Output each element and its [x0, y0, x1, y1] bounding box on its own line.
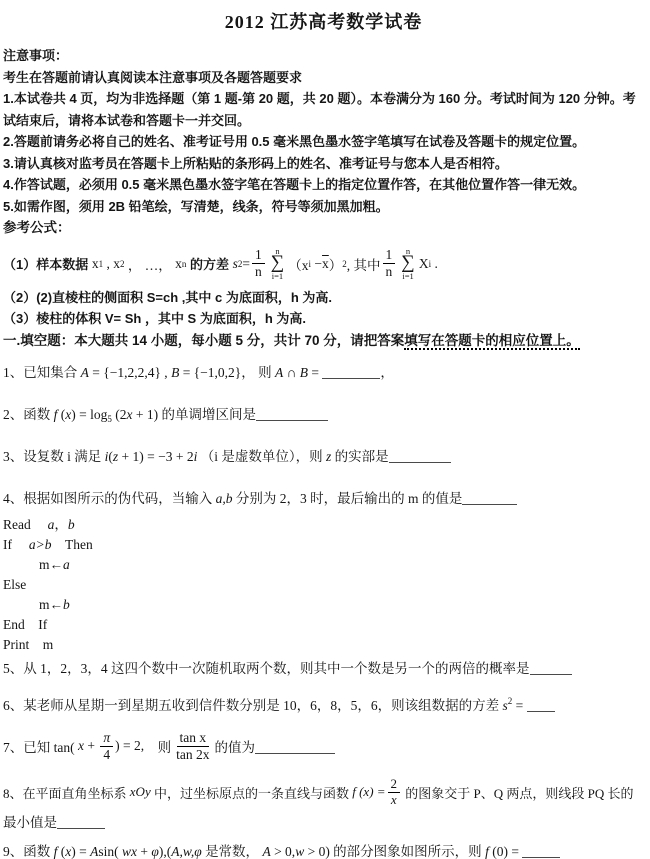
text-run: b [63, 597, 70, 612]
notice-intro: 考生在答题前请认真阅读本注意事项及各题答题要求 [3, 67, 644, 89]
question-1: 1、已知集合 A = {−1,2,2,4} , B = {−1,0,2}， 则 … [3, 362, 644, 384]
text-run: 2、函数 [3, 407, 54, 422]
text-run: ) = [71, 844, 90, 859]
text-run: （i 是虚数单位），则 [197, 449, 326, 464]
notice-item-2: 2.答题前请务必将自己的姓名、准考证号用 0.5 毫米黑色墨水签字笔填写在试卷及… [3, 131, 644, 153]
page-title: 2012 江苏高考数学试卷 [3, 8, 644, 34]
text-run: + [137, 844, 151, 859]
text-run: ) = log [71, 407, 107, 422]
text-run: (0) = [489, 844, 522, 859]
text-run: m← [39, 557, 63, 572]
fraction-pi-over-4: π4 [100, 730, 113, 762]
text-run: A [275, 365, 283, 380]
q8-answer-blank [57, 814, 105, 829]
text-run: sin( [98, 844, 122, 859]
text-run: A [81, 365, 89, 380]
text-run: 4、根据如图所示的伪代码，当输入 [3, 491, 216, 506]
question-8-continued: 最小值是 [3, 812, 644, 834]
text-run: a,b [216, 491, 233, 506]
text-run: w [295, 844, 304, 859]
question-8: 8、在平面直角坐标系 xOy 中，过坐标原点的一条直线与函数 f (x) = 2… [3, 772, 644, 812]
fraction-1-over-n: 1n [383, 247, 396, 279]
text-run: ， [54, 517, 68, 532]
x-bar: x [322, 256, 329, 272]
notice-heading: 注意事项： [3, 45, 644, 67]
pseudocode-line-assign-b: m←b [3, 595, 644, 615]
answer-blank [530, 660, 572, 675]
text-run: A,w,φ [171, 844, 201, 859]
answer-blank [322, 364, 380, 379]
text-run: 是常数， [202, 844, 263, 859]
answer-blank [256, 406, 328, 421]
summation-sigma: n∑i=1 [271, 247, 285, 280]
notice-section: 注意事项： 考生在答题前请认真阅读本注意事项及各题答题要求 1.本试卷共 4 页… [3, 45, 644, 217]
reference-heading: 参考公式： [3, 217, 644, 239]
text-run: a>b [29, 537, 52, 552]
q7-answer-blank [255, 739, 335, 754]
fraction-tanx-over-tan2x: tan xtan 2x [173, 730, 212, 762]
text-run: 3、设复数 i 满足 [3, 449, 105, 464]
text-run: φ [151, 844, 158, 859]
text-run: End If [3, 617, 47, 632]
section-heading: 一.填空题：本大题共 14 小题，每小题 5 分，共计 70 分，请把答案填写在… [3, 330, 644, 352]
fraction-1-over-n: 1n [252, 247, 265, 279]
text-run: (2 [112, 407, 127, 422]
text-run: + 1) 的单调增区间是 [133, 407, 256, 422]
text-run: a [63, 557, 70, 572]
answer-blank [462, 490, 517, 505]
fraction-2-over-x: 2x [388, 777, 401, 808]
notice-item-1: 1.本试卷共 4 页，均为非选择题（第 1 题-第 20 题，共 20 题）。本… [3, 88, 644, 131]
text-run: 1、已知集合 [3, 365, 81, 380]
question-3: 3、设复数 i 满足 i(z + 1) = −3 + 2i （i 是虚数单位），… [3, 446, 644, 468]
pseudocode-line-assign-a: m←a [3, 555, 644, 575]
formula-volume: （3）棱柱的体积 V= Sh ，其中 S 为底面积，h 为高. [3, 308, 644, 330]
text-run: b [68, 517, 75, 532]
pseudocode-line-read: Read a，b [3, 515, 644, 535]
question-6: 6、某老师从星期一到星期五收到信件数分别是 10，6，8，5，6，则该组数据的方… [3, 691, 644, 717]
exam-page: 2012 江苏高考数学试卷 注意事项： 考生在答题前请认真阅读本注意事项及各题答… [0, 0, 650, 859]
text-run: B [300, 365, 308, 380]
text-run: ， [380, 365, 394, 380]
text-run: 9、函数 [3, 844, 54, 859]
summation-sigma: n∑i=1 [401, 247, 415, 280]
question-2: 2、函数 f (x) = log5 (2x + 1) 的单调增区间是 [3, 404, 644, 431]
text-run: > 0, [271, 844, 296, 859]
text-run: + 1) = −3 + 2 [118, 449, 193, 464]
text-run: ),( [159, 844, 171, 859]
text-run: A [262, 844, 270, 859]
answer-blank [389, 448, 451, 463]
notice-item-3: 3.请认真核对监考员在答题卡上所粘贴的条形码上的姓名、准考证号与您本人是否相符。 [3, 153, 644, 175]
text-run: 6、某老师从星期一到星期五收到信件数分别是 10，6，8，5，6，则该组数据的方… [3, 698, 503, 713]
question-4: 4、根据如图所示的伪代码，当输入 a,b 分别为 2，3 时，最后输出的 m 的… [3, 488, 644, 510]
text-run: Else [3, 577, 26, 592]
answer-blank [522, 843, 560, 858]
text-run: = [308, 365, 322, 380]
text-run: 分别为 2，3 时，最后输出的 m 的值是 [233, 491, 463, 506]
emphasized-text: 填写在答题卡的相应位置上。 [404, 333, 580, 350]
text-run: ∩ [283, 365, 300, 380]
text-run: = {−1,2,2,4} , [89, 365, 171, 380]
formula-variance: （1）样本数据 x1 , x2 ， …， xn 的方差 s2= 1n n∑i=1… [3, 241, 644, 287]
question-9: 9、函数 f (x) = Asin( wx + φ),(A,w,φ 是常数， A… [3, 841, 644, 859]
notice-item-4: 4.作答试题，必须用 0.5 毫米黑色墨水签字笔在答题卡上的指定位置作答，在其他… [3, 174, 644, 196]
text-run: Print m [3, 637, 53, 652]
question-5: 5、从 1，2，3，4 这四个数中一次随机取两个数，则其中一个数是另一个的两倍的… [3, 658, 644, 680]
text-run: wx [122, 844, 137, 859]
pseudocode-line-else: Else [3, 575, 644, 595]
pseudocode-block: Read a，b If a>b Then m←a Else m←b End If… [3, 515, 644, 655]
answer-blank [527, 697, 555, 712]
text-run: = [512, 698, 526, 713]
pseudocode-line-endif: End If [3, 615, 644, 635]
text-run: = {−1,0,2}， 则 [179, 365, 275, 380]
pseudocode-line-print: Print m [3, 635, 644, 655]
pseudocode-line-if: If a>b Then [3, 535, 644, 555]
text-run: > 0) 的部分图象如图所示，则 [304, 844, 485, 859]
question-7: 7、已知 tan( x + π4 ) = 2, 则 tan xtan 2x 的值… [3, 725, 644, 767]
text-run: m← [39, 597, 63, 612]
text-run: If [3, 537, 29, 552]
text-run: 的实部是 [331, 449, 388, 464]
notice-item-5: 5.如需作图，须用 2B 铅笔绘，写清楚，线条，符号等须加黑加粗。 [3, 196, 644, 218]
formula-lateral-area: （2）(2)直棱柱的侧面积 S=ch ,其中 c 为底面积，h 为高. [3, 287, 644, 309]
text-run: Then [52, 537, 93, 552]
text-run: 5、从 1，2，3，4 这四个数中一次随机取两个数，则其中一个数是另一个的两倍的… [3, 661, 530, 676]
text-run: Read [3, 517, 48, 532]
